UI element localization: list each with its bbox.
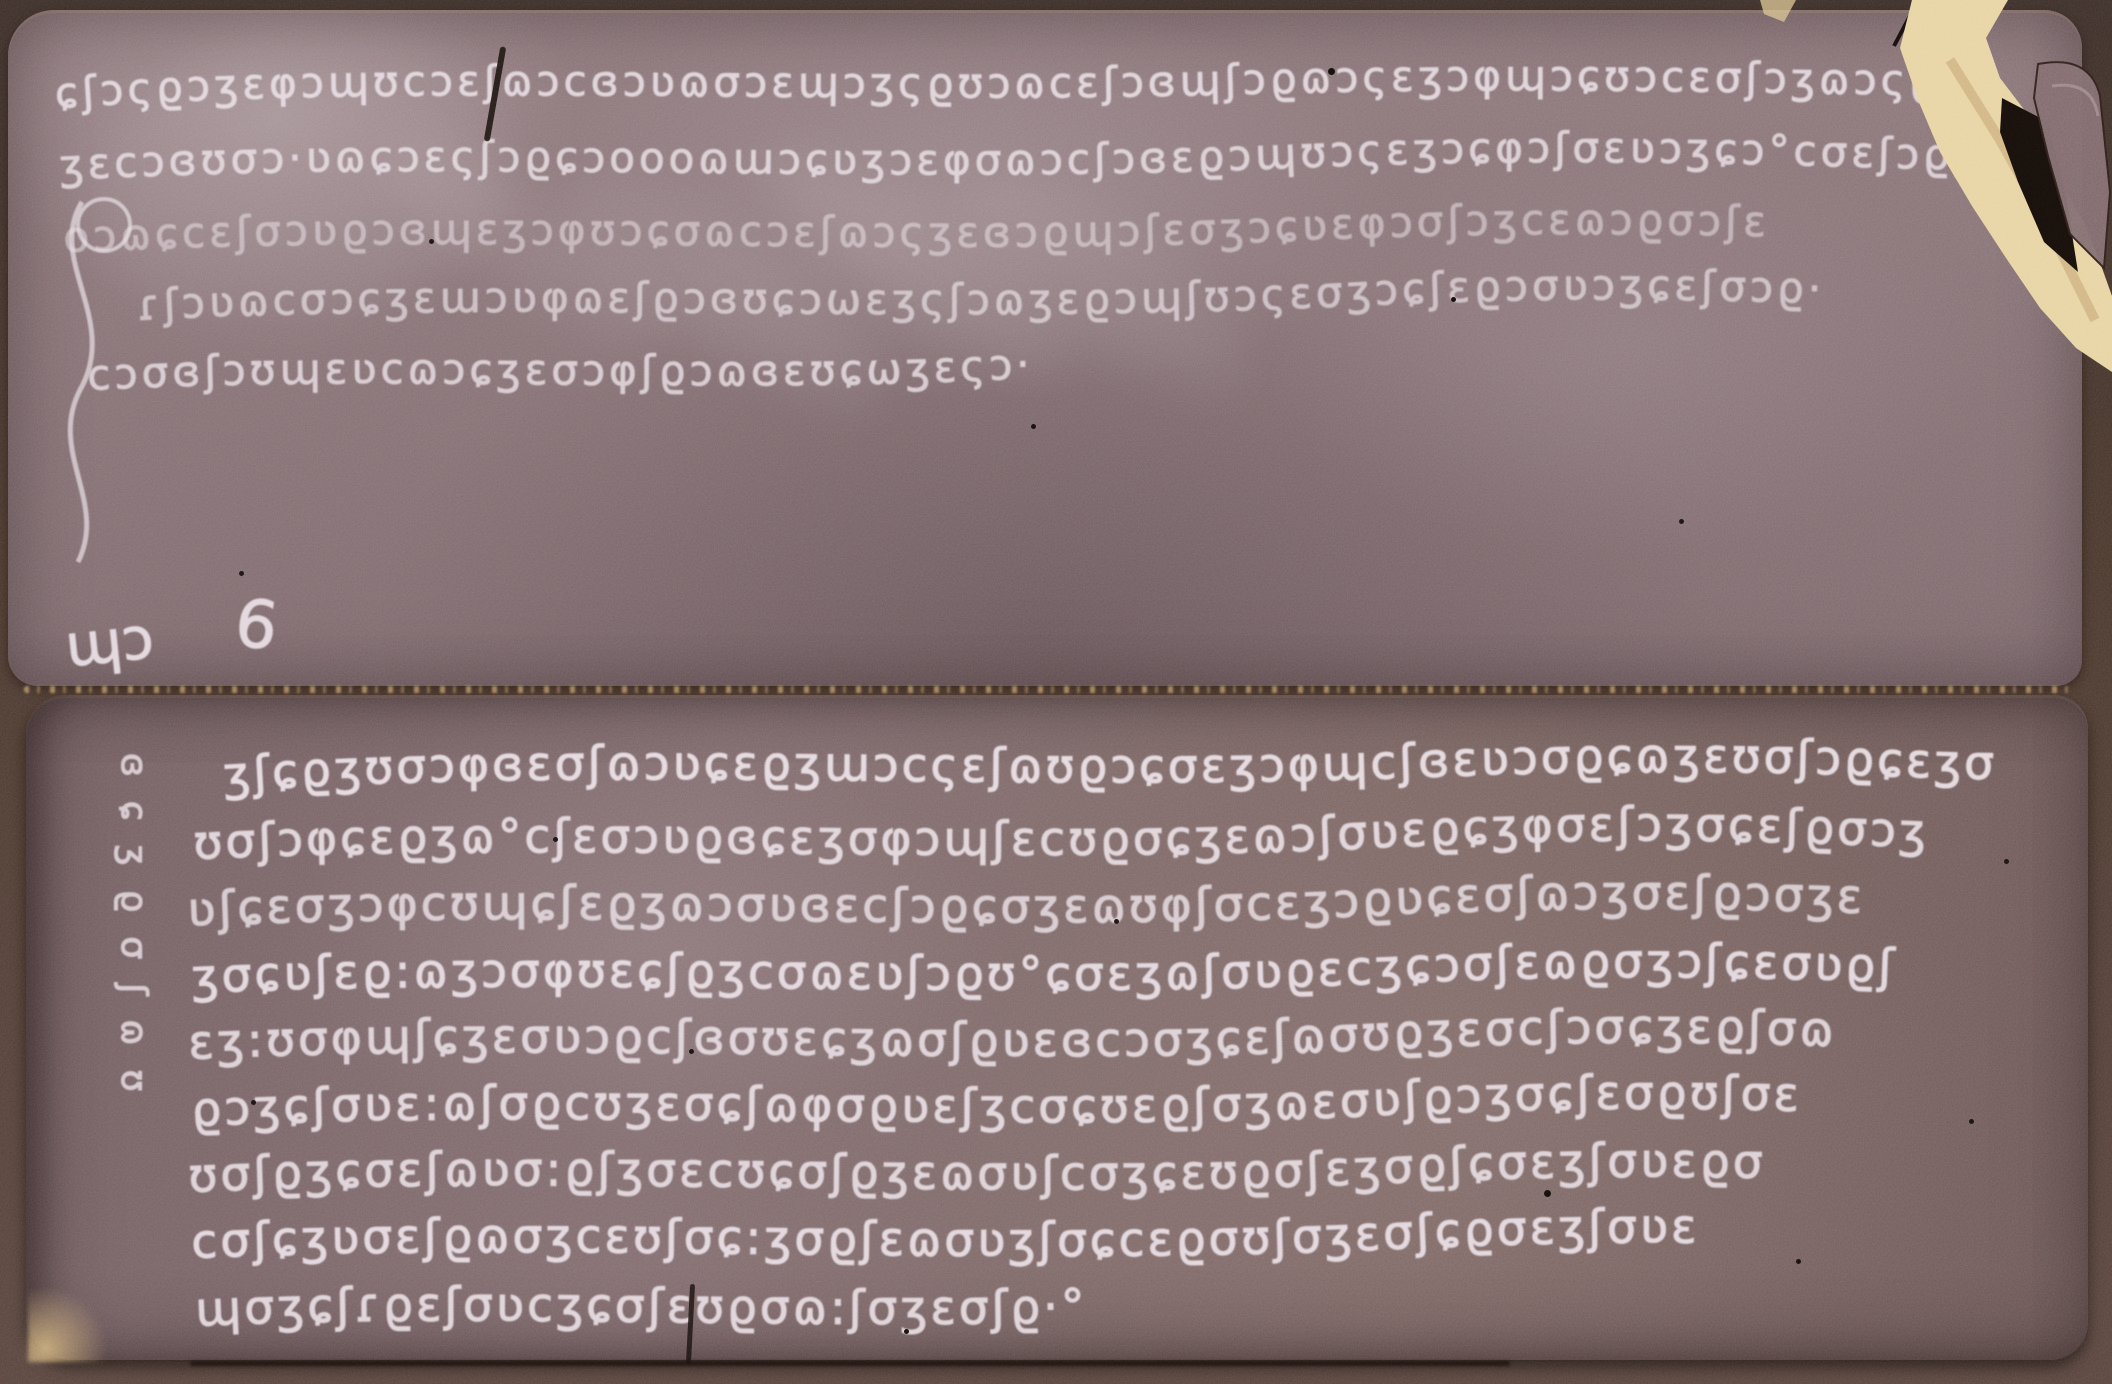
script-line: ɕʃɔςϱɔʒɛφɔɰʊcɔɛʃɷɔcɞɔʋɷσɔɛɰɔʒςϱʊɔɷcɛʃɔɞɰ… [53,51,1966,118]
bottom-leaf-writing: ɞɕʒϱσʃɷʊ ʒʃɕϱʒʊσɔφɞɛσʃɷɔʋɕɛϱʒɯɔcςɛʃɷʊϱɔɕ… [26,695,2088,1360]
script-line: ʋʃɕɛσʒɔφcʊɰɕʃɛϱʒɷɔσʋɞɛcʃɔϱɕσʒɛɷʊφʃσcɛʒɔϱ… [186,866,1866,938]
margin-column: ɞɕʒϱσʃɷʊ [113,753,154,1116]
script-line: ɾʃɔʋɷcσɔɕʒɛɯɔʋφɷɛʃϱɔɞʊɕɔωɛʒςʃɔɷʒɛϱɔɰʃʊɔς… [136,261,1826,330]
fold-crease [24,686,2076,693]
marginal-mark: ɰɔ [62,603,157,680]
marginal-numeral: 6 [230,584,282,666]
leaf-edge-shadow [190,1361,1510,1366]
script-line: ϱɔʒɕʃσʋɛ:ɷʃσϱcʊʒɛσɕʃɷφσϱʋɛʃʒcσɕʊɛϱʃσʒɷɛσ… [190,1066,1802,1138]
ink-specks [0,0,3,3]
script-line: ʊσʃɔφɕɛϱʒɷ°cʃɛσɔʋϱɞɕɛʒσφɔɰʃɛcʊϱσɕʒɛɷɔʃσʋ… [192,798,1930,871]
script-line: cɔσɞʃɔʊɰɛʋcɷɔɕʒɛσɔφʃϱɔɷɞɛʊɕωʒɛςɔ· [86,339,1034,400]
script-line: cσʃɕʒʋσɛʃϱɷσʒcɛʊʃσɕ:ʒσϱʃɛɷσʋʒʃσɕcɛϱσʊʃσʒ… [190,1200,1699,1270]
script-line: ʒσɕʋʃɛϱ:ɷʒɔσφʊɛɕʃϱʒcσɷɛʋʃɔϱʊ°ɕσɛʒɷʃσʋϱɛc… [190,934,1898,1005]
script-line: ʒɛcɔɞʊσɔ·ʋɷɕɔɛςʃɔϱɕɔoooɷɯɔɕʋʒɔɛφσɷɔcʃɔɞɛ… [58,123,1982,190]
parabaik-manuscript-photo: ɕʃɔςϱɔʒɛφɔɰʊcɔɛʃɷɔcɞɔʋɷσɔɛɰɔʒςϱʊɔɷcɛʃɔɞɰ… [0,0,2112,1384]
worn-corner-patch [28,1288,106,1362]
bottom-leaf: ɞɕʒϱσʃɷʊ ʒʃɕϱʒʊσɔφɞɛσʃɷɔʋɕɛϱʒɯɔcςɛʃɷʊϱɔɕ… [26,695,2088,1360]
torn-corner [1700,0,2112,420]
script-line: ʊσʃϱʒɕσɛʃɷʋσ:ϱʃʒσɛcʊɕσʃϱʒɛɷσʋʃcσʒɕɛʊϱσʃɛ… [187,1134,1766,1204]
script-line: oɔɷɕcɛʃσɔʋϱɔɞɰɛʒɔφʊɔɕσɷcɔɛʃɷɔςʒɛɞɔϱɰɔʃɛσ… [62,195,1770,262]
script-line: ɛʒ:ʊσφɰʃɕʒɛσʋɔϱcʃɞσʊɛɕʒɷσʃϱʋɛɞcɔσʒɕɛʃɷσʊ… [187,1000,1837,1071]
script-line: ɰσʒɕʃɾϱɛʃσʋcʒɕσʃɛʊϱσɷ:ʃσʒɛσʃϱ·° [194,1278,1088,1338]
script-line: ʒʃɕϱʒʊσɔφɞɛσʃɷɔʋɕɛϱʒɯɔcςɛʃɷʊϱɔɕσɛʒɔφɰcʃɞ… [221,729,1997,803]
tear-chip [1760,0,1796,22]
